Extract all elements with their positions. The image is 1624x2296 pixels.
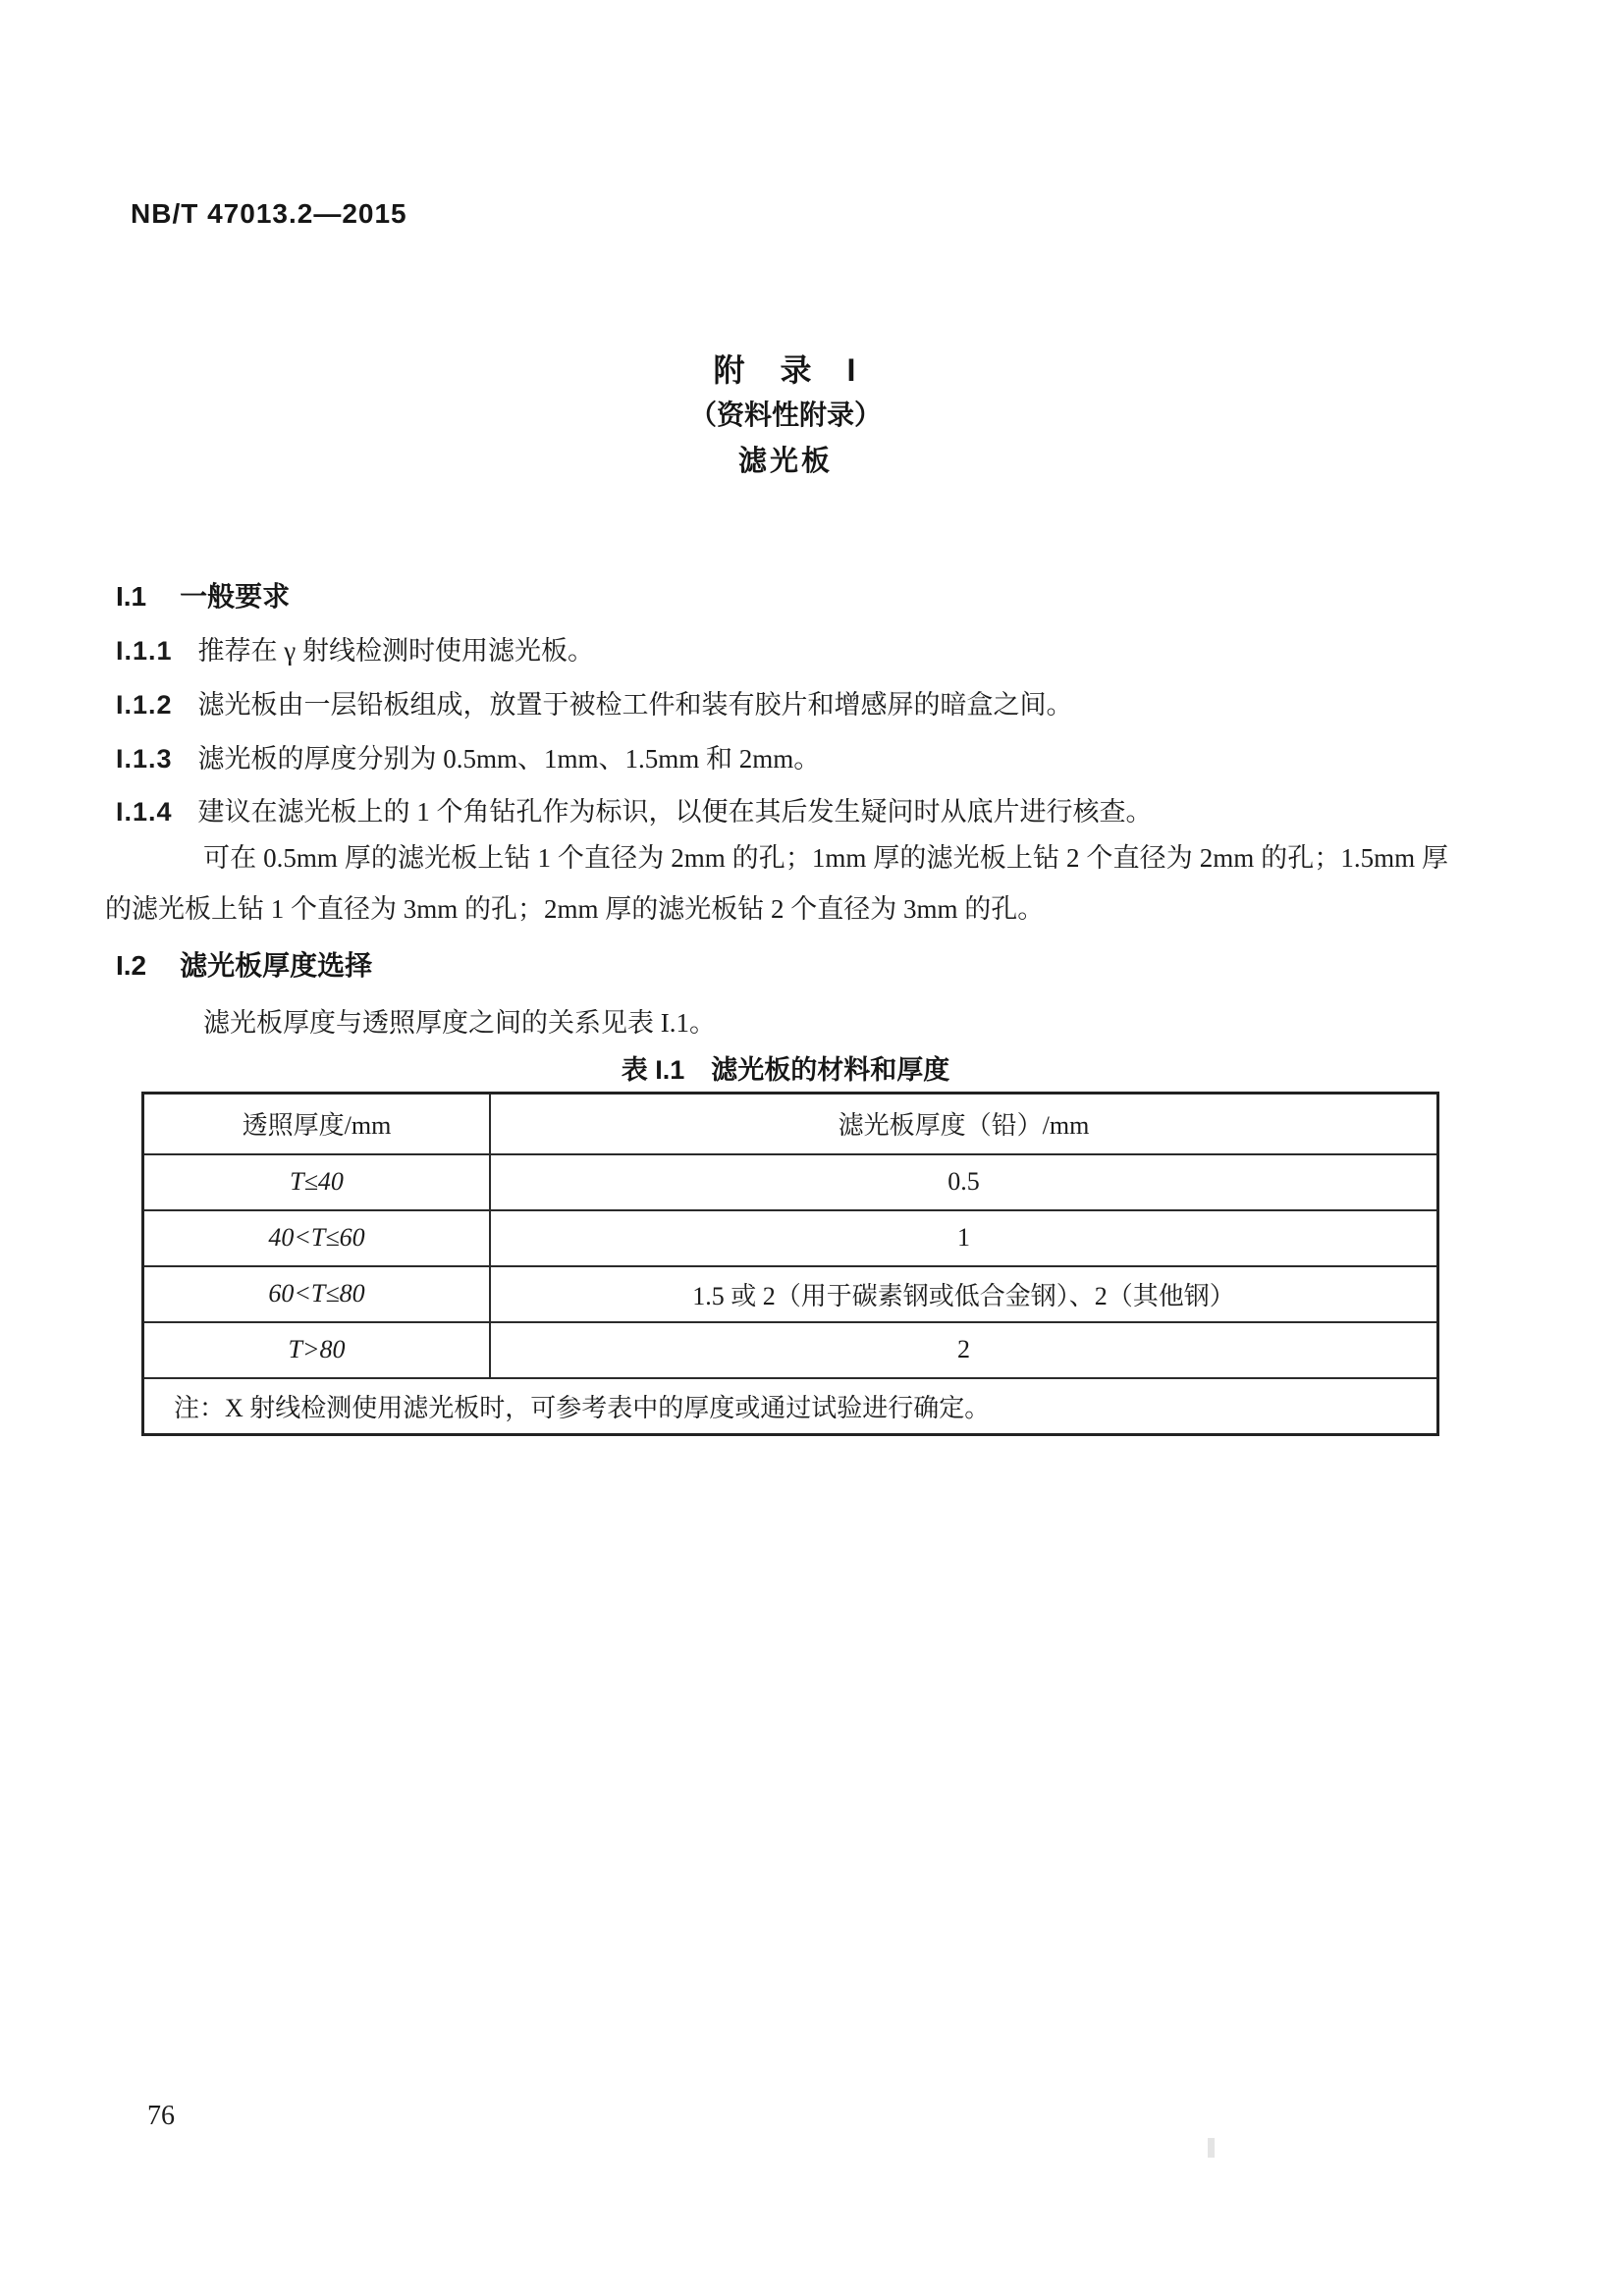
table-note: 注：X 射线检测使用滤光板时，可参考表中的厚度或通过试验进行确定。 (143, 1378, 1438, 1435)
document-page: NB/T 47013.2—2015 附 录 I （资料性附录） 滤光板 I.1一… (0, 0, 1624, 2296)
table-cell-value-4: 2 (490, 1322, 1438, 1378)
table-note-row: 注：X 射线检测使用滤光板时，可参考表中的厚度或通过试验进行确定。 (143, 1378, 1438, 1435)
clause-1-1-1: I.1.1推荐在 γ 射线检测时使用滤光板。 (116, 629, 1451, 667)
table-cell-range-2: 40<T≤60 (143, 1210, 490, 1266)
section-1-paragraph: 可在 0.5mm 厚的滤光板上钻 1 个直径为 2mm 的孔；1mm 厚的滤光板… (105, 832, 1448, 934)
clause-1-1-4-text: 建议在滤光板上的 1 个角钻孔作为标识，以便在其后发生疑问时从底片进行核查。 (198, 797, 1153, 827)
table-cell-range-3: 60<T≤80 (143, 1266, 490, 1322)
clause-1-1-3-text: 滤光板的厚度分别为 0.5mm、1mm、1.5mm 和 2mm。 (198, 744, 821, 774)
clause-1-1-1-number: I.1.1 (116, 636, 173, 666)
appendix-title: 滤光板 (133, 439, 1438, 479)
section-1-heading: I.1一般要求 (116, 575, 290, 614)
section-2-heading: I.2滤光板厚度选择 (116, 944, 372, 984)
table-cell-value-2: 1 (490, 1210, 1438, 1266)
clause-1-1-2-number: I.1.2 (116, 690, 173, 720)
section-1-title: 一般要求 (180, 581, 290, 612)
clause-1-1-4: I.1.4建议在滤光板上的 1 个角钻孔作为标识，以便在其后发生疑问时从底片进行… (116, 790, 1451, 828)
table-header-plate: 滤光板厚度（铅）/mm (490, 1094, 1438, 1154)
section-1-number: I.1 (116, 581, 146, 612)
table-cell-range-1: T≤40 (143, 1154, 490, 1210)
table-cell-value-3: 1.5 或 2（用于碳素钢或低合金钢）、2（其他钢） (490, 1266, 1438, 1322)
table-header-row: 透照厚度/mm 滤光板厚度（铅）/mm (143, 1094, 1438, 1154)
table-caption: 表 I.1 滤光板的材料和厚度 (133, 1048, 1438, 1087)
clause-1-1-2: I.1.2滤光板由一层铅板组成，放置于被检工件和装有胶片和增感屏的暗盒之间。 (116, 683, 1451, 721)
table-row: 40<T≤60 1 (143, 1210, 1438, 1266)
clause-1-1-1-text: 推荐在 γ 射线检测时使用滤光板。 (198, 636, 594, 666)
table-header-thickness: 透照厚度/mm (143, 1094, 490, 1154)
section-2-number: I.2 (116, 950, 146, 981)
clause-1-1-3-number: I.1.3 (116, 744, 173, 774)
clause-1-1-4-number: I.1.4 (116, 797, 173, 827)
table-row: T≤40 0.5 (143, 1154, 1438, 1210)
section-2-paragraph: 滤光板厚度与透照厚度之间的关系见表 I.1。 (105, 997, 1448, 1048)
scan-artifact (1208, 2138, 1215, 2158)
table-cell-range-4: T>80 (143, 1322, 490, 1378)
appendix-heading: 附 录 I (133, 346, 1438, 391)
section-2-title: 滤光板厚度选择 (180, 950, 372, 981)
appendix-type-label: （资料性附录） (133, 394, 1438, 433)
standard-number: NB/T 47013.2—2015 (131, 198, 407, 230)
table-row: T>80 2 (143, 1322, 1438, 1378)
clause-1-1-2-text: 滤光板由一层铅板组成，放置于被检工件和装有胶片和增感屏的暗盒之间。 (198, 690, 1073, 720)
page-number: 76 (147, 2101, 175, 2132)
clause-1-1-3: I.1.3滤光板的厚度分别为 0.5mm、1mm、1.5mm 和 2mm。 (116, 737, 1451, 775)
filter-plate-table: 透照厚度/mm 滤光板厚度（铅）/mm T≤40 0.5 40<T≤60 1 6… (141, 1092, 1439, 1436)
table-row: 60<T≤80 1.5 或 2（用于碳素钢或低合金钢）、2（其他钢） (143, 1266, 1438, 1322)
table-cell-value-1: 0.5 (490, 1154, 1438, 1210)
